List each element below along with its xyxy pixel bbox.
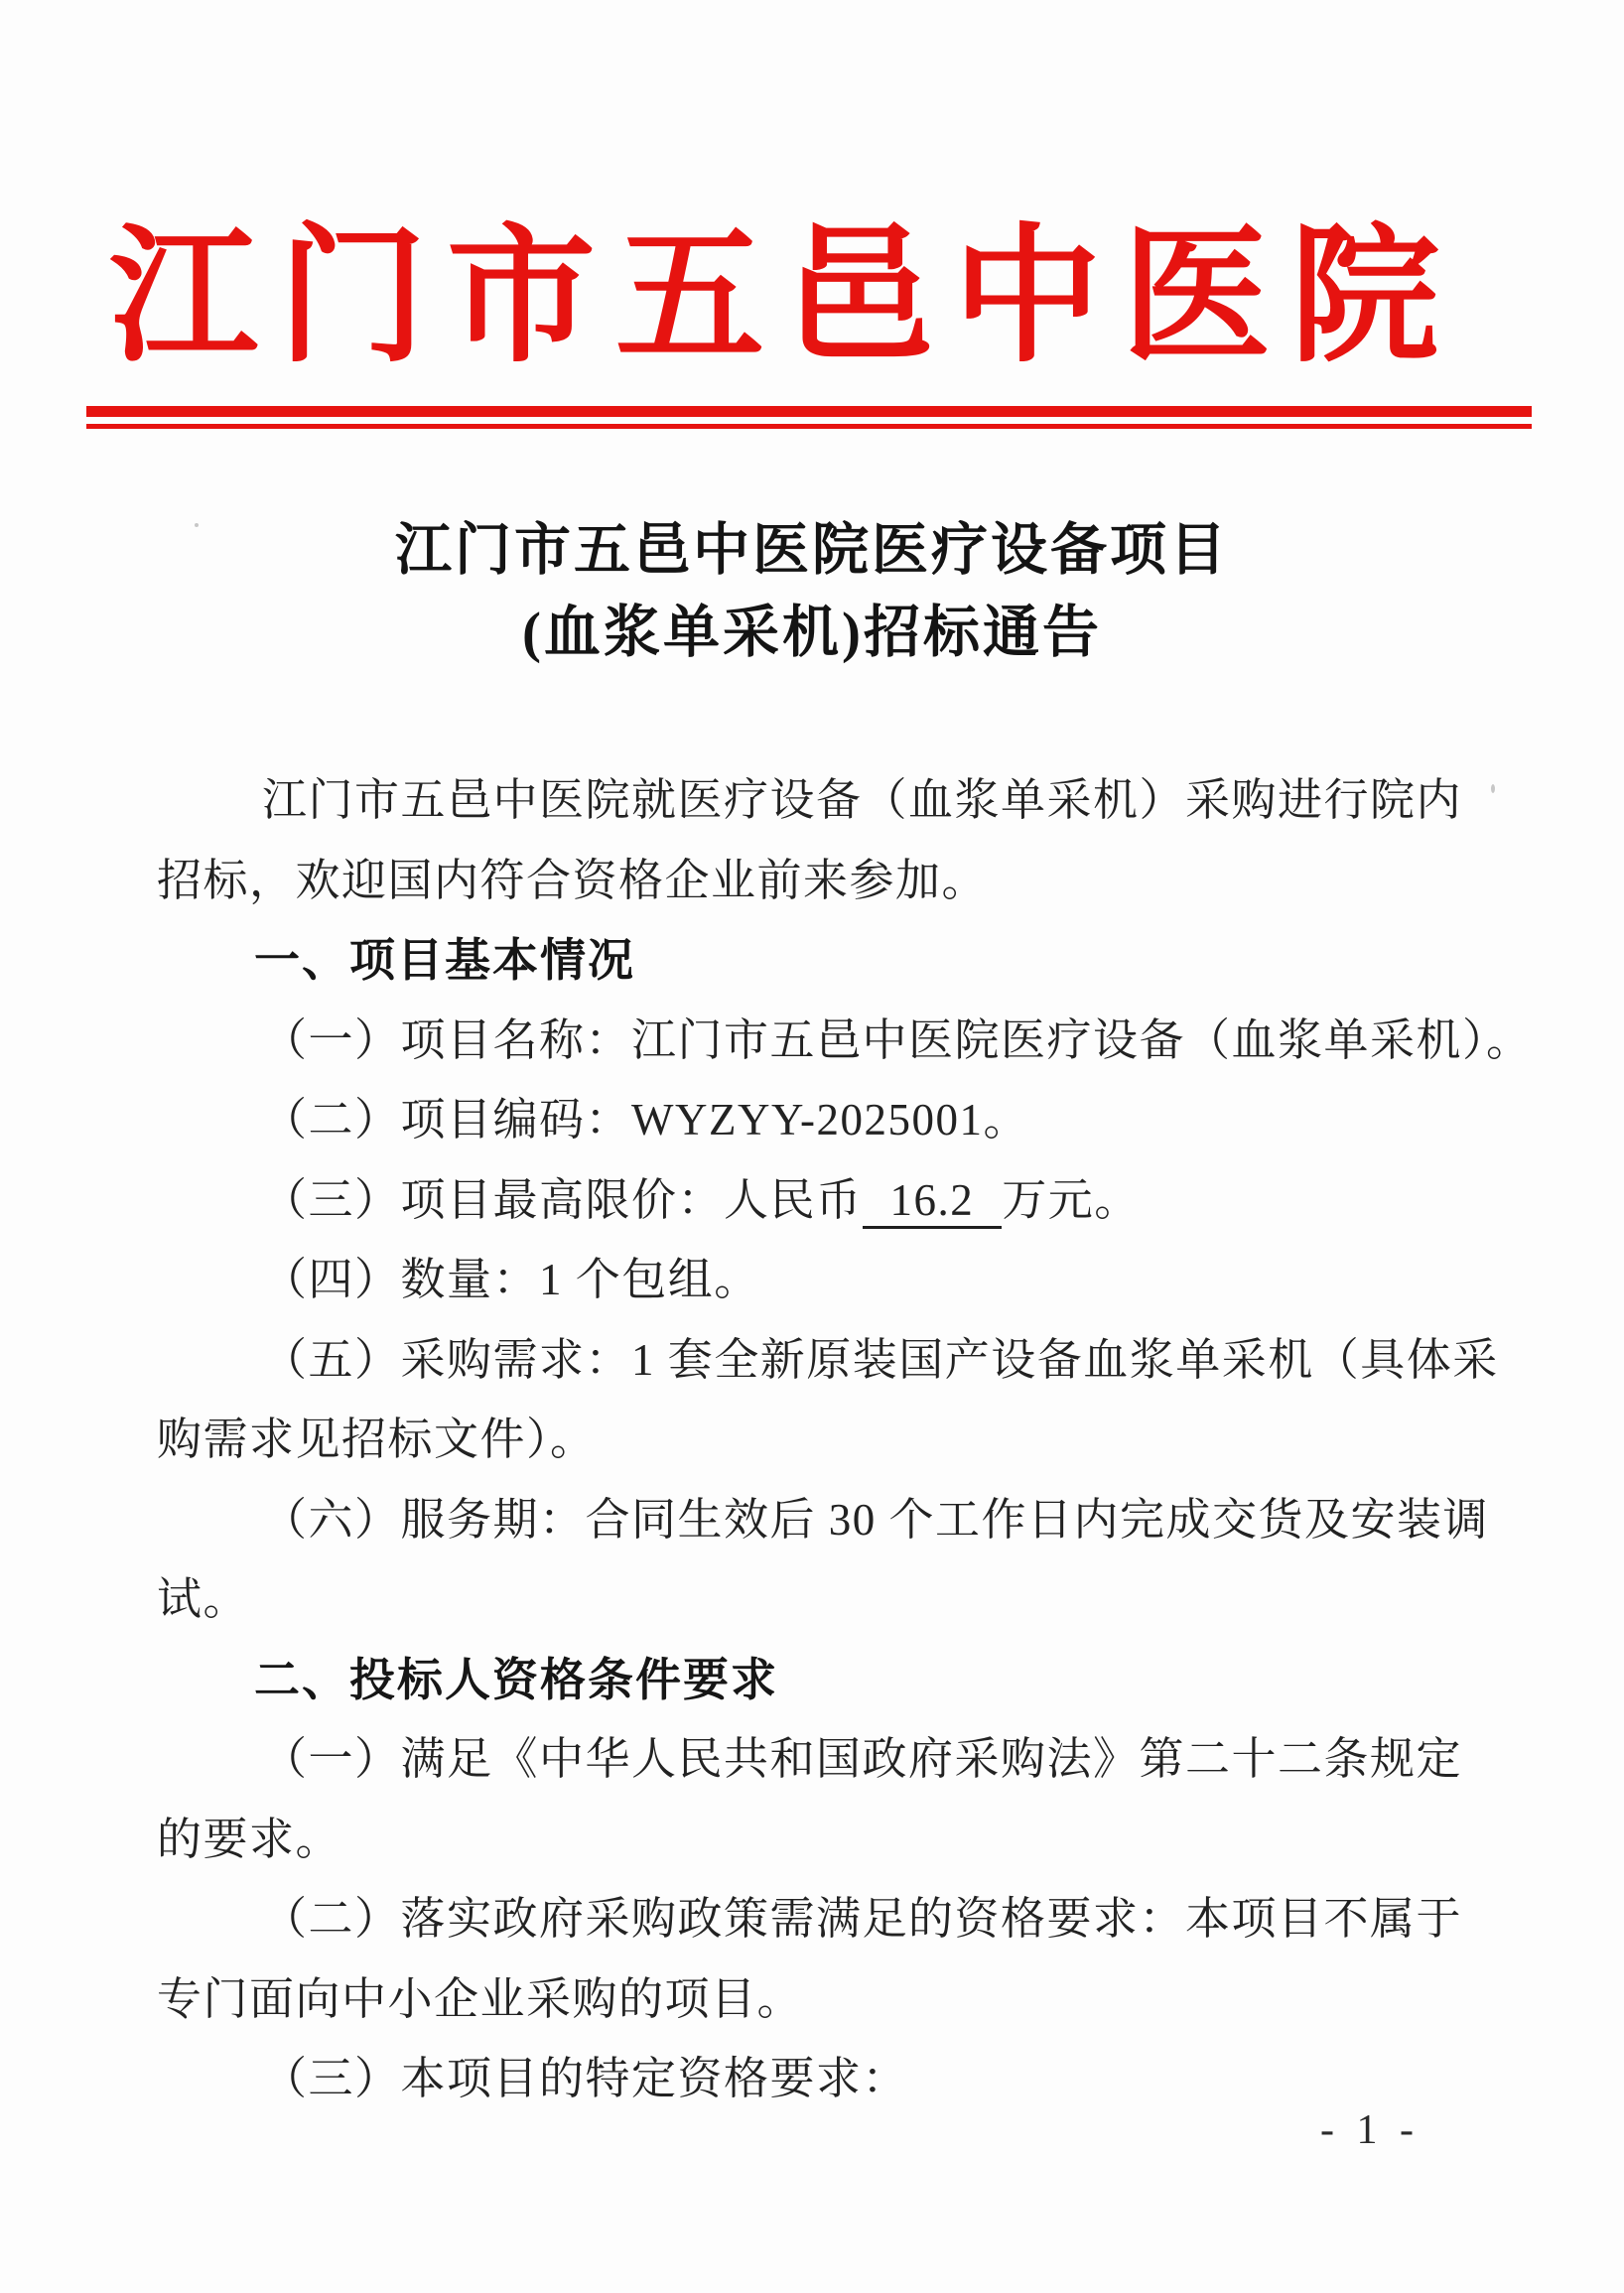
intro-line-2: 招标，欢迎国内符合资格企业前来参加。 — [157, 841, 1477, 921]
requirement3-line: （三）本项目的特定资格要求： — [157, 2039, 1477, 2119]
item-service-period-line1: （六）服务期：合同生效后 30 个工作日内完成交货及安装调 — [157, 1480, 1477, 1560]
requirement1-line2: 的要求。 — [157, 1800, 1477, 1880]
section2-heading: 二、投标人资格条件要求 — [157, 1640, 1477, 1720]
requirement2-line1: （二）落实政府采购政策需满足的资格要求：本项目不属于 — [157, 1879, 1477, 1959]
item-service-period-line2: 试。 — [157, 1559, 1477, 1640]
document-title-line2: (血浆单采机)招标通告 — [0, 592, 1624, 674]
item-procurement-need-line2: 购需求见招标文件）。 — [157, 1400, 1477, 1480]
hospital-letterhead: 江门市五邑中医院 — [109, 216, 1499, 380]
requirement2-line2: 专门面向中小企业采购的项目。 — [157, 1959, 1477, 2040]
letterhead-rule-thin — [86, 424, 1532, 429]
price-limit-value: 16.2 — [863, 1174, 1003, 1229]
price-limit-prefix: （三）项目最高限价：人民币 — [262, 1175, 863, 1225]
item-project-name: （一）项目名称：江门市五邑中医院医疗设备（血浆单采机）。 — [157, 1001, 1477, 1081]
section1-heading: 一、项目基本情况 — [157, 920, 1477, 1001]
item-price-limit: （三）项目最高限价：人民币16.2万元。 — [157, 1160, 1477, 1241]
document-title-line1: 江门市五邑中医院医疗设备项目 — [0, 509, 1624, 592]
intro-line-1: 江门市五邑中医院就医疗设备（血浆单采机）采购进行院内 — [157, 760, 1477, 841]
scan-artifact — [1491, 784, 1495, 793]
requirement1-line1: （一）满足《中华人民共和国政府采购法》第二十二条规定 — [157, 1719, 1477, 1800]
page-number: - 1 - — [1320, 2106, 1420, 2154]
document-body: 江门市五邑中医院就医疗设备（血浆单采机）采购进行院内 招标，欢迎国内符合资格企业… — [157, 760, 1477, 2119]
item-quantity: （四）数量：1 个包组。 — [157, 1240, 1477, 1320]
item-project-code: （二）项目编码：WYZYY-2025001。 — [157, 1080, 1477, 1160]
price-limit-suffix: 万元。 — [1002, 1175, 1141, 1225]
scan-artifact — [195, 523, 199, 527]
letterhead-rule-thick — [86, 406, 1532, 417]
document-title: 江门市五邑中医院医疗设备项目 (血浆单采机)招标通告 — [0, 509, 1624, 674]
item-procurement-need-line1: （五）采购需求：1 套全新原装国产设备血浆单采机（具体采 — [157, 1320, 1477, 1401]
scanned-document-page: 江门市五邑中医院 江门市五邑中医院医疗设备项目 (血浆单采机)招标通告 江门市五… — [0, 0, 1624, 2293]
